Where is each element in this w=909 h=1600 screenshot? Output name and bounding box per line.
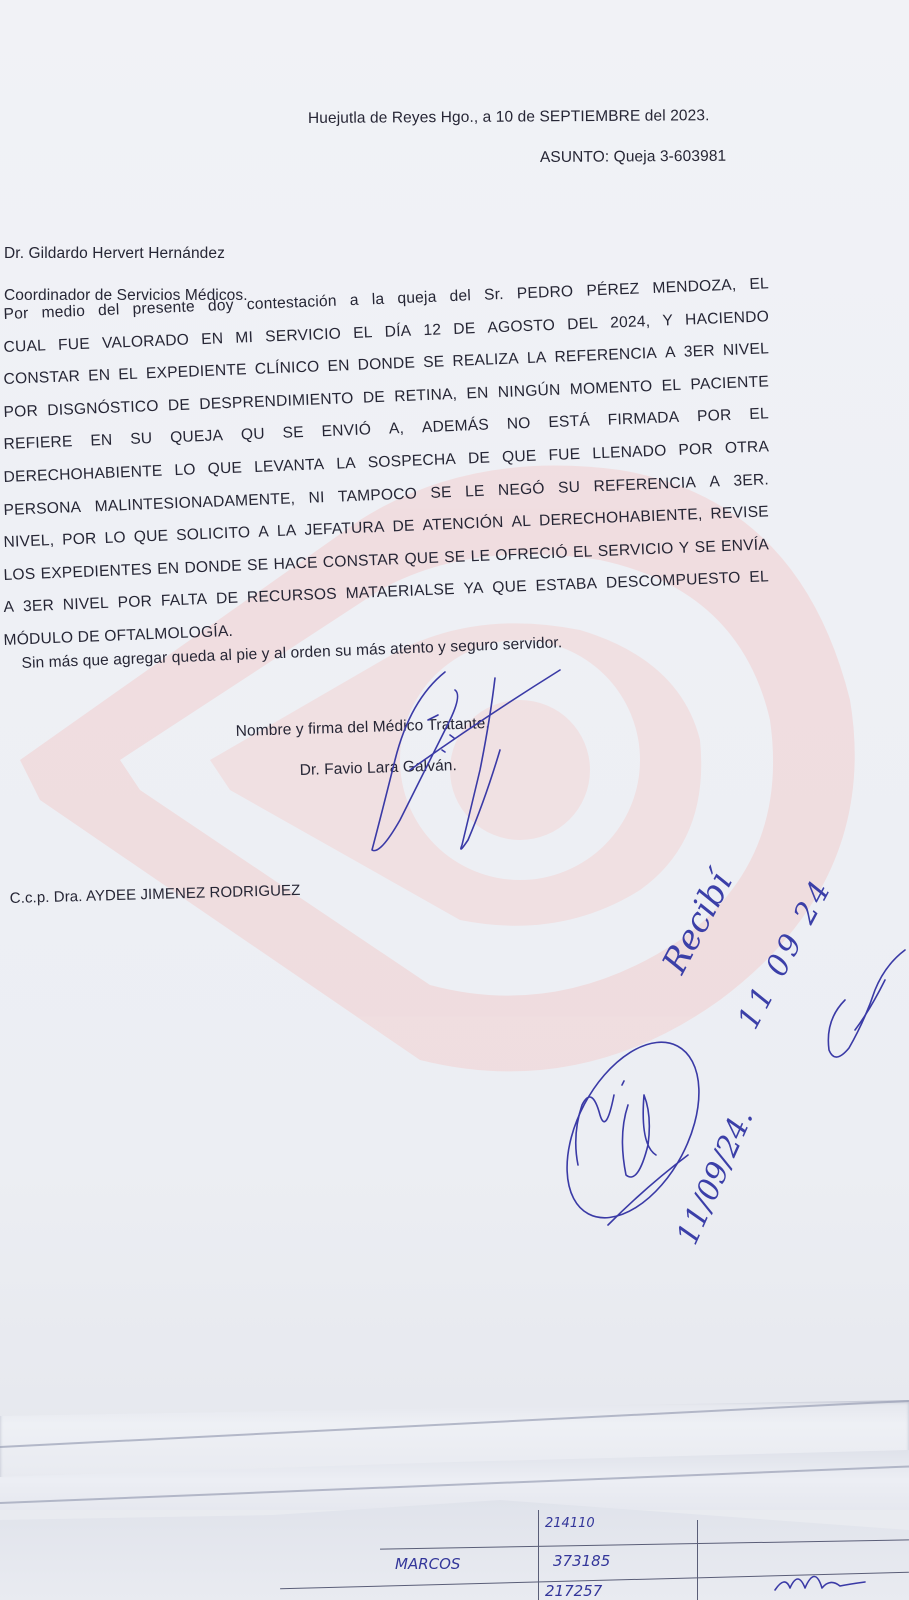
receipt-recibi-1: Recibí	[655, 866, 741, 980]
doctor-signature	[350, 660, 570, 860]
cc-line: C.c.p. Dra. AYDEE JIMENEZ RODRIGUEZ	[10, 882, 301, 907]
place-date: Huejutla de Reyes Hgo., a 10 de SEPTIEMB…	[308, 107, 710, 128]
body-line: MÓDULO DE OFTALMOLOGÍA.	[3, 623, 233, 650]
ledger-column-rule	[538, 1510, 539, 1600]
recipient-name: Dr. Gildardo Hervert Hernández	[4, 245, 225, 263]
ledger-cell: 373185	[553, 1552, 610, 1570]
underlying-ledger-sheet: 214110 MARCOS 373185 217257	[0, 1500, 909, 1600]
subject-line: ASUNTO: Queja 3-603981	[540, 148, 726, 167]
ledger-row-rule	[380, 1539, 909, 1549]
ledger-column-rule	[697, 1520, 698, 1600]
receipt-initials-1	[815, 940, 909, 1080]
ledger-initials	[770, 1560, 870, 1600]
ledger-cell: 214110	[545, 1516, 595, 1531]
ledger-cell: MARCOS	[395, 1555, 460, 1573]
ledger-cell: 217257	[545, 1582, 602, 1600]
letter-page: Huejutla de Reyes Hgo., a 10 de SEPTIEMB…	[0, 0, 909, 1450]
